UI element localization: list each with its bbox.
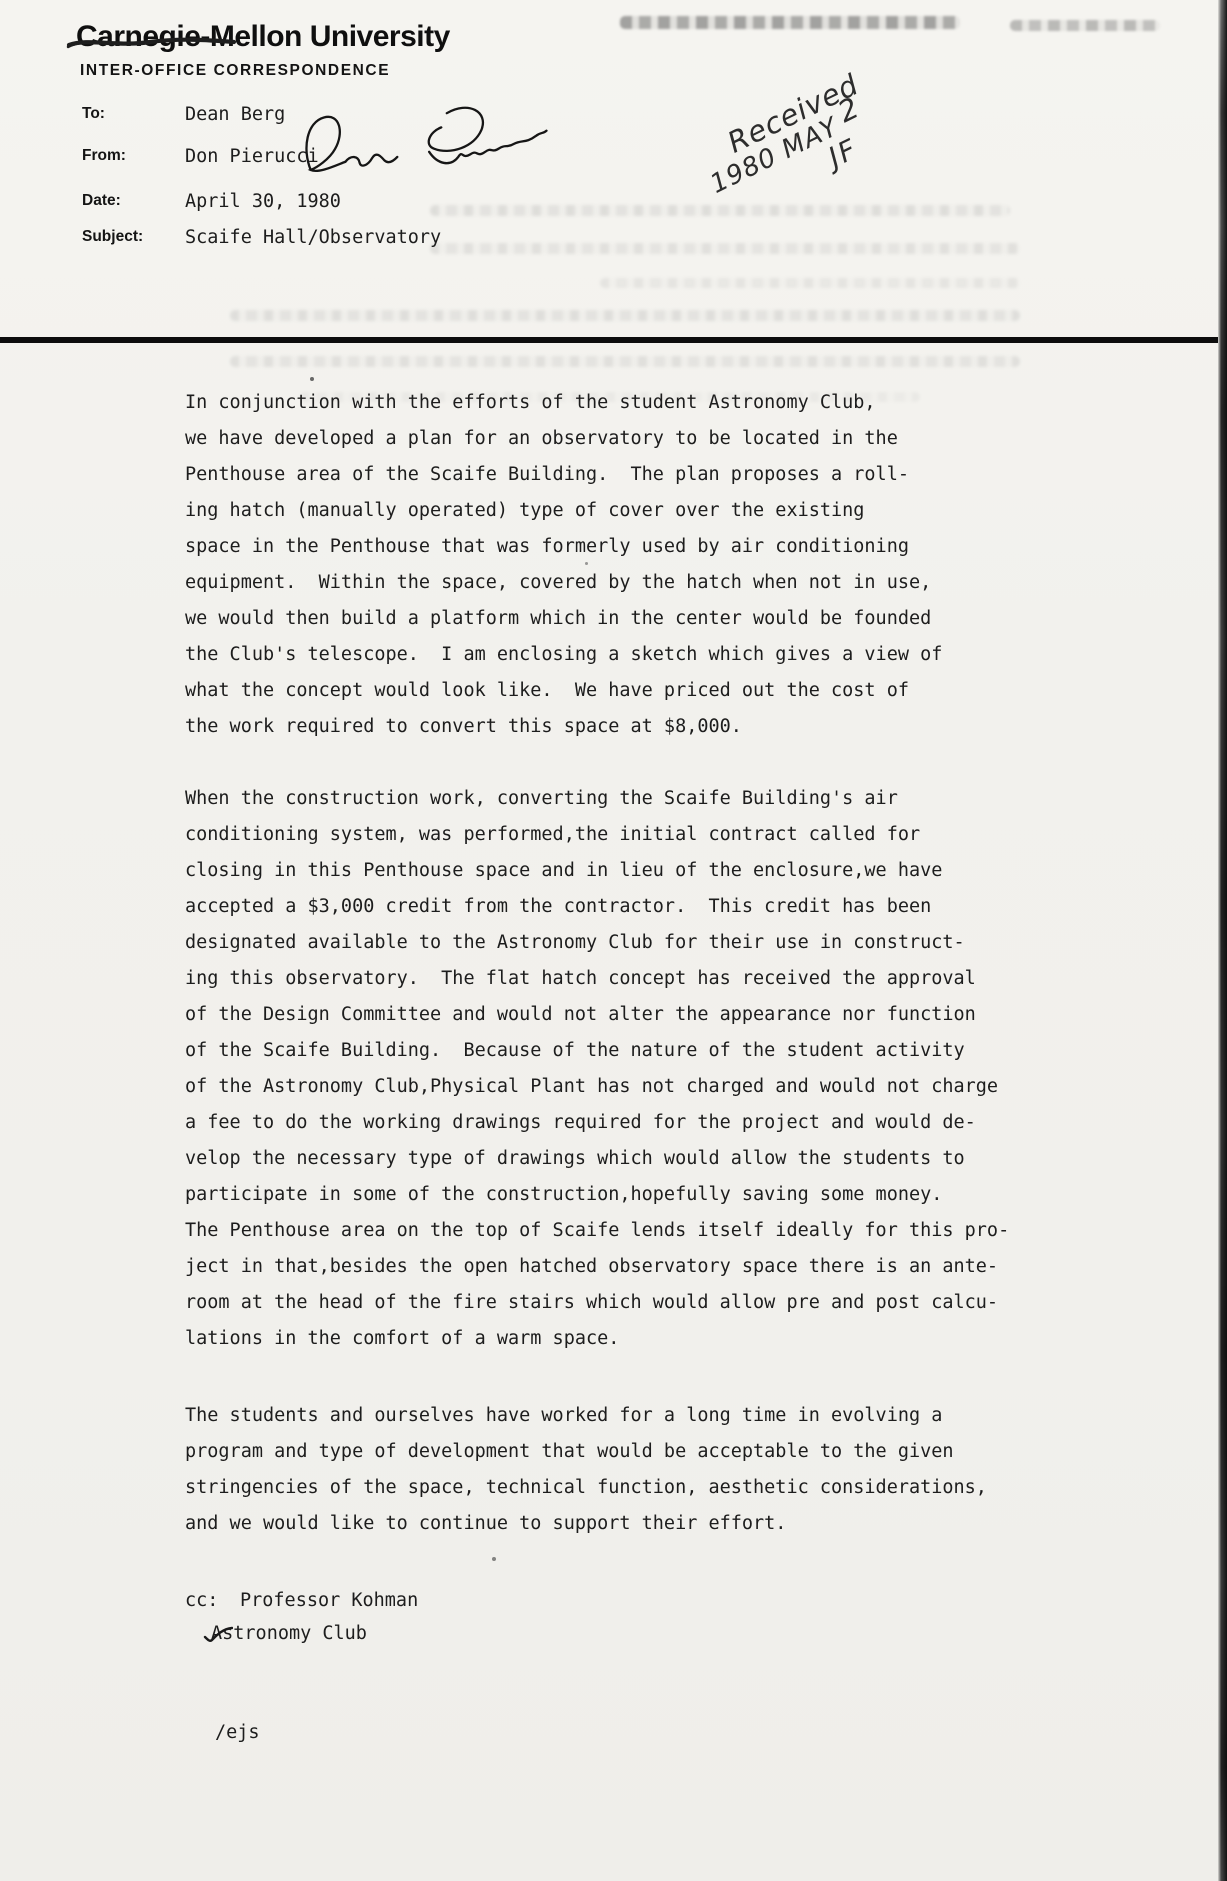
cc-name: Astronomy Club — [211, 1617, 367, 1650]
to-label: To: — [82, 105, 105, 123]
handwritten-checkmark — [203, 1624, 233, 1646]
received-stamp: Received 1980 MAY2 JF — [693, 46, 937, 224]
scan-speck — [492, 1557, 496, 1561]
body-paragraph-3: The students and ourselves have worked f… — [185, 1398, 987, 1542]
subject-value: Scaife Hall/Observatory — [185, 227, 441, 248]
date-label: Date: — [82, 192, 121, 210]
bleedthrough-smudge — [600, 278, 1020, 288]
handwritten-strikethrough — [66, 34, 246, 52]
bleedthrough-smudge — [620, 16, 960, 29]
body-paragraph-2: When the construction work, converting t… — [185, 781, 1009, 1357]
subject-label: Subject: — [82, 228, 143, 246]
signature-don-pierucci — [296, 98, 551, 199]
typist-initials: /ejs — [215, 1722, 260, 1743]
bleedthrough-smudge — [230, 310, 1020, 321]
cc-label: cc: — [185, 1584, 240, 1617]
cc-block: cc: Professor Kohman Astronomy Club — [185, 1584, 418, 1650]
memo-page: Carnegie-Mellon University INTER-OFFICE … — [0, 0, 1227, 1881]
doc-type-title: INTER-OFFICE CORRESPONDENCE — [80, 62, 390, 80]
scan-speck — [585, 562, 588, 565]
bleedthrough-smudge — [430, 243, 1020, 254]
cc-name: Professor Kohman — [240, 1584, 418, 1617]
to-value: Dean Berg — [185, 104, 285, 125]
bleedthrough-smudge — [430, 205, 1010, 216]
scan-speck — [310, 377, 314, 381]
scan-edge-band — [1218, 0, 1227, 1881]
bleedthrough-smudge — [230, 356, 1020, 367]
body-paragraph-1: In conjunction with the efforts of the s… — [185, 385, 942, 745]
from-label: From: — [82, 147, 126, 165]
bleedthrough-smudge — [1010, 20, 1160, 31]
header-divider-rule — [0, 337, 1222, 343]
